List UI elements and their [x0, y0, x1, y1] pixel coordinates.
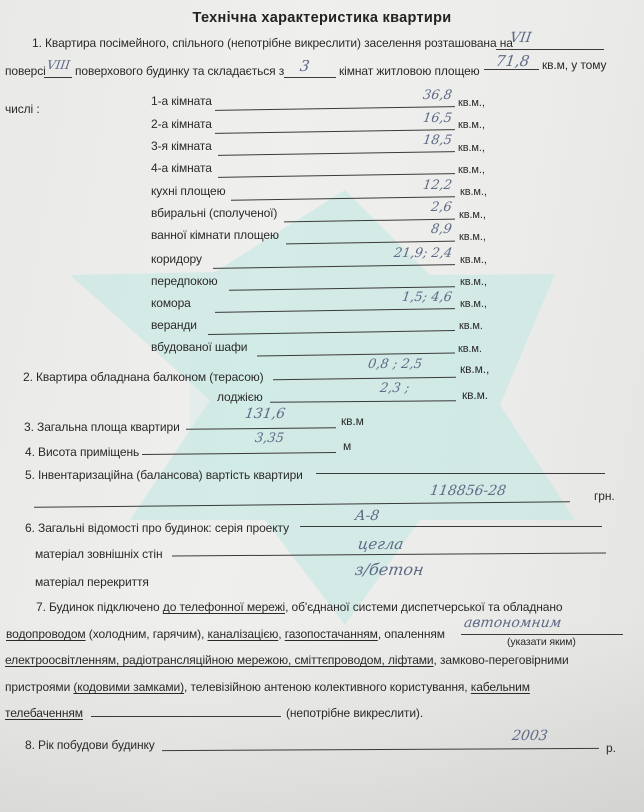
house-info-label: 6. Загальні відомості про будинок: серія… — [25, 521, 289, 535]
room-item-value[interactable]: 16,5 — [422, 111, 453, 126]
room-item-value[interactable]: 18,5 — [422, 133, 453, 148]
ceilings-value[interactable]: з/бетон — [354, 560, 425, 579]
room-item-unit: кв.м., — [460, 298, 487, 310]
total-area-label: 3. Загальна площа квартири — [24, 420, 180, 434]
heating-value[interactable]: автономним — [463, 615, 563, 631]
ceilings-label: матеріал перекриття — [35, 575, 149, 589]
total-area-unit: кв.м — [341, 414, 364, 428]
height-value[interactable]: 3,35 — [254, 431, 285, 446]
value-unit: грн. — [594, 489, 615, 503]
room-item-unit: кв.м., — [460, 186, 487, 198]
room-item-label: вбиральні (сполученої) — [151, 206, 277, 220]
room-item-label: 3-я кімната — [151, 139, 212, 153]
utilities-text: , телевізійною антеною колективного кори… — [184, 680, 471, 694]
room-item-unit: кв.м., — [460, 276, 487, 288]
utilities-text: , об'єднаної системи диспетчерської та о… — [285, 600, 562, 614]
room-item-label: передпокою — [151, 274, 218, 288]
series-field-line — [300, 526, 602, 527]
walls-label: матеріал зовнішніх стін — [35, 547, 163, 561]
room-item-label: коридору — [151, 252, 202, 266]
utility-cable-tv: телебаченням — [5, 706, 83, 720]
room-item-unit: кв.м., — [458, 119, 485, 131]
section1-line2-a: поверсі — [5, 64, 46, 78]
inventory-value[interactable]: 118856-28 — [429, 483, 507, 499]
total-area-value[interactable]: 131,6 — [244, 406, 286, 422]
section1-line2-b: поверхового будинку та складається з — [75, 64, 284, 78]
room-item-value[interactable]: 12,2 — [422, 178, 453, 193]
utility-electric-lift: електроосвітленням, радіотрансляційною м… — [5, 653, 434, 667]
utilities-note: (непотрібне викреслити). — [286, 706, 423, 720]
room-item-value[interactable]: 2,6 — [430, 200, 453, 215]
section1-line2-c: кімнат житловою площею — [339, 64, 480, 78]
room-item-value[interactable]: 8,9 — [430, 222, 453, 237]
floor-value[interactable]: VІІ — [509, 30, 532, 46]
utilities-extra-field-line — [91, 716, 281, 717]
series-value[interactable]: А-8 — [354, 508, 380, 524]
rooms-field-line — [284, 77, 336, 78]
balcony-value[interactable]: 0,8 ; 2,5 — [367, 357, 423, 372]
value-label: 5. Інвентаризаційна (балансова) вартість… — [25, 468, 303, 482]
loggia-label: лоджією — [217, 390, 263, 404]
room-item-value[interactable]: 21,9; 2,4 — [393, 246, 453, 261]
value-field-line-1 — [316, 473, 605, 474]
document-title: Технічна характеристика квартири — [0, 10, 644, 26]
room-item-unit: кв.м. — [458, 343, 482, 355]
section1-line2-d: кв.м, у тому — [542, 58, 606, 72]
utilities-line2: водопроводом (холодним, гарячим), каналі… — [6, 627, 445, 641]
room-item-unit: кв.м., — [460, 254, 487, 266]
utilities-text: (холодним, гарячим), — [86, 627, 208, 641]
room-item-unit: кв.м., — [459, 209, 486, 221]
room-item-unit: кв.м., — [458, 97, 485, 109]
room-item-label: вбудованої шафи — [151, 340, 247, 354]
loggia-value[interactable]: 2,3 ; — [379, 381, 410, 396]
loggia-unit: кв.м. — [462, 388, 488, 402]
utilities-text: 7. Будинок підключено — [36, 600, 160, 614]
floors-value[interactable]: VІІІ — [46, 58, 71, 72]
utility-cable: кабельним — [471, 680, 530, 694]
floors-field-line — [44, 77, 72, 78]
room-item-label: 4-а кімната — [151, 161, 212, 175]
section1-line3: числі : — [5, 102, 40, 116]
utility-water: водопроводом — [6, 627, 86, 641]
utility-code-locks: (кодовими замками) — [73, 680, 184, 694]
balcony-label: 2. Квартира обладнана балконом (терасою) — [23, 370, 264, 384]
living-area-value[interactable]: 71,8 — [495, 52, 531, 70]
utilities-text: пристроями — [5, 680, 73, 694]
room-item-label: веранди — [151, 318, 197, 332]
year-unit: р. — [606, 741, 616, 755]
utility-gas: газопостачанням — [285, 627, 378, 641]
room-item-label: кухні площею — [151, 184, 226, 198]
section1-line1: 1. Квартира посімейного, спільного (непо… — [32, 36, 513, 50]
room-item-unit: кв.м. — [459, 320, 483, 332]
room-item-unit: кв.м., — [458, 142, 485, 154]
room-item-unit: кв.м., — [458, 164, 485, 176]
utilities-line1: 7. Будинок підключено до телефонної мере… — [36, 600, 562, 614]
walls-value[interactable]: цегла — [357, 535, 405, 553]
utilities-line3: електроосвітленням, радіотрансляційною м… — [5, 653, 569, 667]
room-item-label: ванної кімнати площею — [151, 228, 279, 242]
room-item-label: комора — [151, 296, 191, 310]
year-label: 8. Рік побудови будинку — [25, 738, 155, 752]
utilities-line5: телебаченням — [5, 706, 83, 720]
utilities-line4: пристроями (кодовими замками), телевізій… — [5, 680, 530, 694]
utility-telephone: до телефонної мережі — [163, 600, 285, 614]
room-item-value[interactable]: 1,5; 4,6 — [401, 290, 453, 305]
heating-hint: (указати яким) — [507, 636, 576, 648]
year-value[interactable]: 2003 — [511, 728, 549, 744]
utilities-text: , опаленням — [378, 627, 445, 641]
room-item-value[interactable]: 36,8 — [422, 88, 453, 103]
room-item-label: 1-а кімната — [151, 94, 212, 108]
balcony-unit: кв.м., — [460, 362, 489, 376]
height-label: 4. Висота приміщень — [25, 445, 139, 459]
height-unit: м — [343, 439, 351, 453]
heating-field-line — [461, 634, 623, 635]
room-item-unit: кв.м., — [459, 231, 486, 243]
floor-field-line — [496, 49, 604, 50]
room-item-label: 2-а кімната — [151, 117, 212, 131]
utility-sewerage: каналізацією — [207, 627, 278, 641]
utilities-text: , замково-переговірними — [434, 653, 569, 667]
